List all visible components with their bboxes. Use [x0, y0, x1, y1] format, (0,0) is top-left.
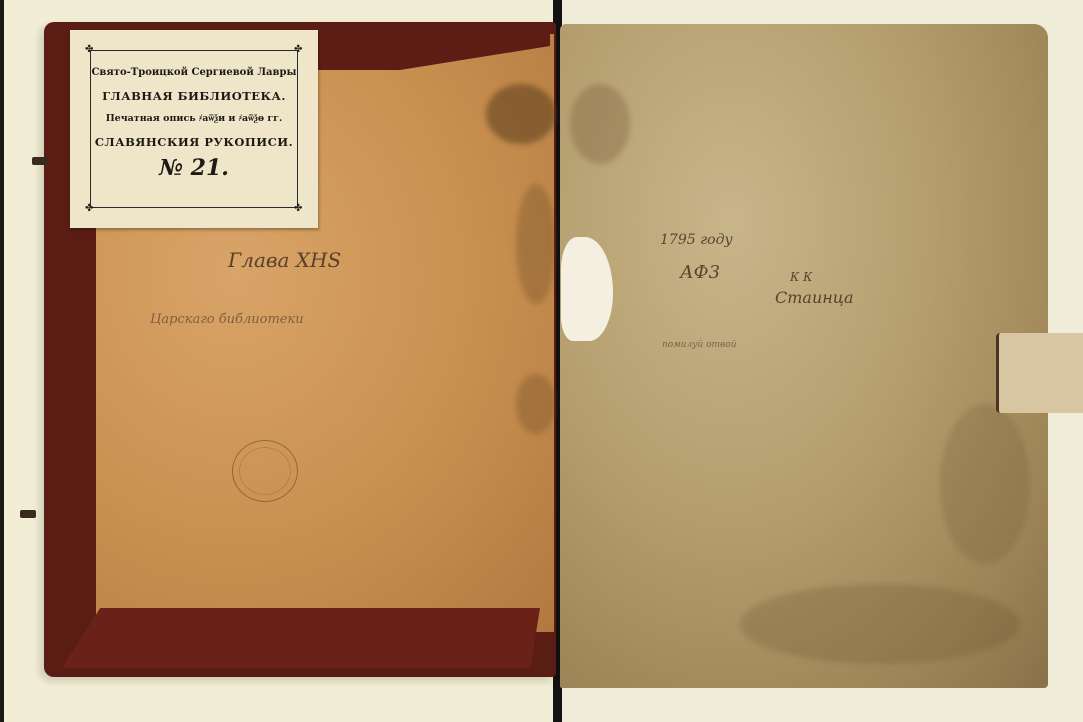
label-line-3: Печатная опись ҂аѿѯи и ҂аѿѯѳ гг.: [91, 113, 297, 124]
label-number: № 21.: [91, 155, 297, 181]
stain: [740, 584, 1020, 664]
clasp-pin-bottom: [20, 510, 36, 518]
label-line-2: ГЛАВНАЯ БИБЛИОТЕКА.: [91, 89, 297, 103]
stain: [940, 404, 1030, 564]
inscription: Глава ХНS: [228, 248, 341, 272]
label-line-4: СЛАВЯНСКИЯ РУКОПИСИ.: [91, 135, 297, 149]
ornament-icon: ✤: [294, 45, 303, 54]
stain: [486, 84, 556, 144]
inscription: 1795 году: [660, 232, 733, 248]
library-label: ✤ ✤ ✤ ✤ Свято-Троицкой Сергиевой Лавры Г…: [70, 30, 318, 228]
library-stamp: [232, 440, 298, 502]
flyleaf-page: [560, 24, 1048, 688]
clasp-strap: [996, 333, 1083, 413]
inscription: помилуй отвой: [662, 340, 737, 350]
stain: [516, 374, 556, 434]
inscription: Стаинца: [775, 288, 854, 307]
leather-turn-in-bottom: [62, 608, 540, 668]
stain: [516, 184, 556, 304]
ornament-icon: ✤: [85, 204, 94, 213]
inscription: К К: [790, 270, 812, 284]
left-edge: [0, 0, 4, 722]
ornament-icon: ✤: [294, 204, 303, 213]
stain: [570, 84, 630, 164]
label-line-1: Свято-Троицкой Сергиевой Лавры: [91, 67, 297, 78]
label-frame: ✤ ✤ ✤ ✤ Свято-Троицкой Сергиевой Лавры Г…: [90, 50, 298, 208]
inscription: АФ3: [680, 262, 720, 283]
ornament-icon: ✤: [85, 45, 94, 54]
inscription: Царскаго библиотеки: [150, 312, 304, 327]
clasp-pin-top: [32, 157, 48, 165]
